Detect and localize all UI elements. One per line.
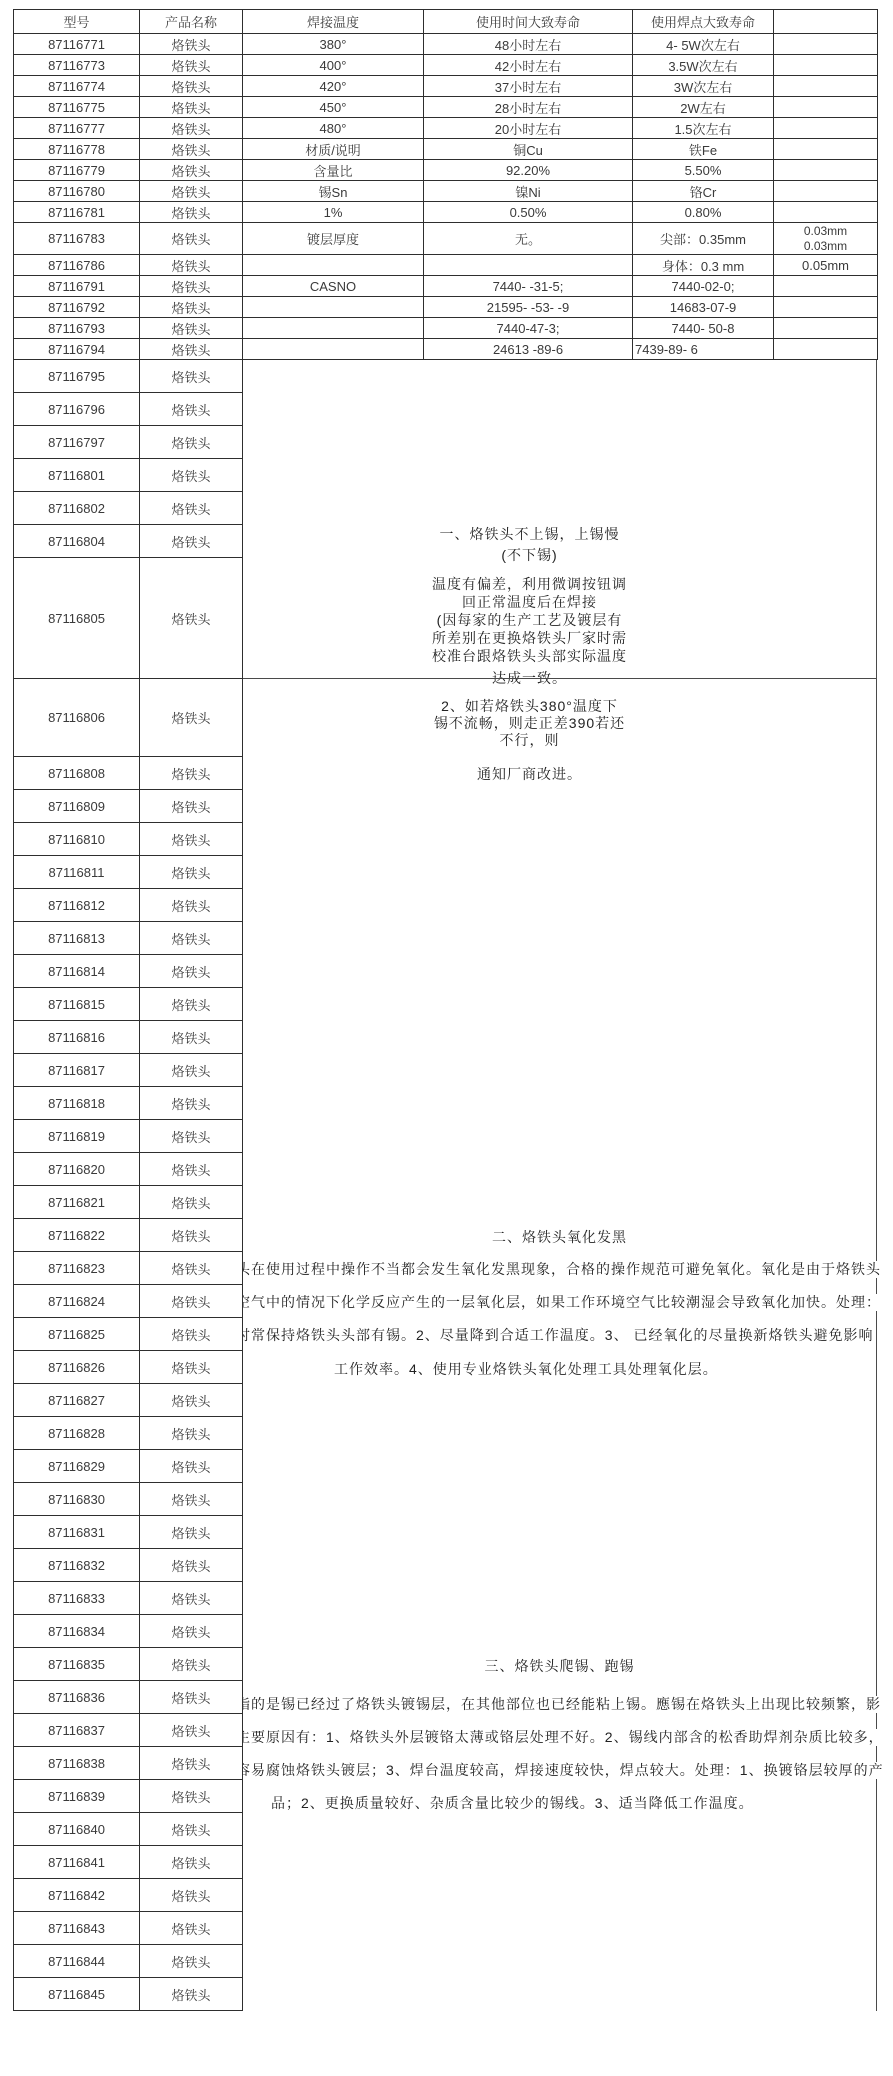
- section3-line: 主要原因有：1、烙铁头外层镀铬太薄或铬层处理不好。2、锡线内部含的松香助焊剂杂质…: [236, 1729, 884, 1746]
- table-row: 87116844烙铁头: [14, 1945, 243, 1978]
- spec-cell-line: 0.03mm: [776, 239, 875, 254]
- product-name-cell: 烙铁头: [140, 1384, 243, 1417]
- product-name-cell: 烙铁头: [140, 1450, 243, 1483]
- table-row: 87116842烙铁头: [14, 1879, 243, 1912]
- model-cell: 87116819: [14, 1120, 140, 1153]
- product-name-cell: 烙铁头: [140, 1945, 243, 1978]
- product-name-cell: 烙铁头: [140, 679, 243, 757]
- product-name-cell: 烙铁头: [140, 1615, 243, 1648]
- model-cell: 87116820: [14, 1153, 140, 1186]
- spec-cell: 48小时左右: [424, 34, 633, 55]
- model-cell: 87116837: [14, 1714, 140, 1747]
- table-row: 87116841烙铁头: [14, 1846, 243, 1879]
- spec-cell-line: 0.03mm: [776, 224, 875, 239]
- model-cell: 87116826: [14, 1351, 140, 1384]
- spec-cell: 材质/说明: [243, 139, 424, 160]
- table-row: 87116791烙铁头CASNO7440- -31-5;7440-02-0;: [14, 276, 878, 297]
- product-name-cell: 烙铁头: [140, 34, 243, 55]
- table-row: 87116845烙铁头: [14, 1978, 243, 2011]
- table-row: 87116777烙铁头480°20小时左右1.5次左右: [14, 118, 878, 139]
- table-row: 87116813烙铁头: [14, 922, 243, 955]
- model-cell: 87116832: [14, 1549, 140, 1582]
- table-row: 87116817烙铁头: [14, 1054, 243, 1087]
- table-row: 87116838烙铁头: [14, 1747, 243, 1780]
- table-row: 87116822烙铁头: [14, 1219, 243, 1252]
- model-cell: 87116791: [14, 276, 140, 297]
- product-name-cell: 烙铁头: [140, 823, 243, 856]
- spec-cell: 37小时左右: [424, 76, 633, 97]
- model-cell: 87116811: [14, 856, 140, 889]
- table-row: 87116837烙铁头: [14, 1714, 243, 1747]
- product-name-cell: 烙铁头: [140, 297, 243, 318]
- model-cell: 87116813: [14, 922, 140, 955]
- model-cell: 87116827: [14, 1384, 140, 1417]
- model-cell: 87116808: [14, 757, 140, 790]
- product-name-cell: 烙铁头: [140, 856, 243, 889]
- spec-cell: 铬Cr: [633, 181, 774, 202]
- section1-line: 不行，则: [242, 732, 817, 749]
- model-cell: 87116835: [14, 1648, 140, 1681]
- table-row: 87116843烙铁头: [14, 1912, 243, 1945]
- spec-cell: 92.20%: [424, 160, 633, 181]
- spec-cell: 20小时左右: [424, 118, 633, 139]
- model-cell: 87116777: [14, 118, 140, 139]
- product-name-cell: 烙铁头: [140, 1582, 243, 1615]
- spec-cell: 3W次左右: [633, 76, 774, 97]
- table-row: 87116820烙铁头: [14, 1153, 243, 1186]
- spec-cell: 含量比: [243, 160, 424, 181]
- product-name-cell: 烙铁头: [140, 393, 243, 426]
- spec-cell: [774, 181, 878, 202]
- model-cell: 87116796: [14, 393, 140, 426]
- model-cell: 87116836: [14, 1681, 140, 1714]
- section1-line: 2、如若烙铁头380°温度下: [242, 698, 817, 715]
- product-name-cell: 烙铁头: [140, 255, 243, 276]
- table-row: 87116806烙铁头: [14, 679, 243, 757]
- model-cell: 87116845: [14, 1978, 140, 2011]
- table-row: 87116839烙铁头: [14, 1780, 243, 1813]
- spec-cell: [774, 339, 878, 360]
- product-name-cell: 烙铁头: [140, 1252, 243, 1285]
- model-cell: 87116771: [14, 34, 140, 55]
- section1-line: (因每家的生产工艺及镀层有: [242, 612, 817, 629]
- section3-line: 指的是锡已经过了烙铁头镀锡层，在其他部位也已经能粘上锡。應锡在烙铁头上出现比较频…: [236, 1696, 881, 1713]
- table-row: 87116808烙铁头: [14, 757, 243, 790]
- spec-cell: [243, 255, 424, 276]
- model-cell: 87116839: [14, 1780, 140, 1813]
- product-name-cell: 烙铁头: [140, 55, 243, 76]
- spec-cell: [774, 34, 878, 55]
- product-name-cell: 烙铁头: [140, 1186, 243, 1219]
- spec-cell: 镍Ni: [424, 181, 633, 202]
- product-name-cell: 烙铁头: [140, 1780, 243, 1813]
- table-row: 87116778烙铁头材质/说明铜Cu铁Fe: [14, 139, 878, 160]
- spec-cell: 7440- 50-8: [633, 318, 774, 339]
- product-name-cell: 烙铁头: [140, 276, 243, 297]
- spec-cell: 380°: [243, 34, 424, 55]
- table-row: 87116818烙铁头: [14, 1087, 243, 1120]
- section2-line: 时常保持烙铁头头部有锡。2、尽量降到合适工作温度。3、 已经氧化的尽量换新烙铁头…: [236, 1327, 873, 1344]
- table-row: 87116781烙铁头1%0.50%0.80%: [14, 202, 878, 223]
- table-row: 87116816烙铁头: [14, 1021, 243, 1054]
- spec-cell: [774, 139, 878, 160]
- table-row: 87116828烙铁头: [14, 1417, 243, 1450]
- spec-cell: [774, 276, 878, 297]
- product-name-cell: 烙铁头: [140, 1054, 243, 1087]
- model-cell: 87116828: [14, 1417, 140, 1450]
- product-name-cell: 烙铁头: [140, 1087, 243, 1120]
- column-header: [774, 10, 878, 34]
- table-row: 87116831烙铁头: [14, 1516, 243, 1549]
- table-row: 87116840烙铁头: [14, 1813, 243, 1846]
- product-name-cell: 烙铁头: [140, 922, 243, 955]
- product-name-cell: 烙铁头: [140, 988, 243, 1021]
- table-row: 87116783烙铁头镀层厚度无。尖部：0.35mm0.03mm0.03mm: [14, 223, 878, 255]
- spec-cell: [774, 118, 878, 139]
- model-cell: 87116823: [14, 1252, 140, 1285]
- model-cell: 87116806: [14, 679, 140, 757]
- table-row: 87116826烙铁头: [14, 1351, 243, 1384]
- spec-cell: [774, 55, 878, 76]
- spec-cell: 锡Sn: [243, 181, 424, 202]
- spec-cell: 铁Fe: [633, 139, 774, 160]
- section1-line: 温度有偏差，利用微调按钮调: [242, 576, 817, 593]
- column-header: 型号: [14, 10, 140, 34]
- section1-line: 一、烙铁头不上锡，上锡慢: [242, 526, 817, 543]
- spec-cell: 450°: [243, 97, 424, 118]
- table-row: 87116775烙铁头450°28小时左右2W左右: [14, 97, 878, 118]
- table-row: 87116825烙铁头: [14, 1318, 243, 1351]
- product-name-cell: 烙铁头: [140, 360, 243, 393]
- model-cell: 87116838: [14, 1747, 140, 1780]
- section2-line: 头在使用过程中操作不当都会发生氧化发黑现象，合格的操作规范可避免氧化。氧化是由于…: [236, 1261, 881, 1278]
- section3-title: 三、烙铁头爬锡、跑锡: [242, 1658, 877, 1675]
- product-name-cell: 烙铁头: [140, 97, 243, 118]
- table-row: 87116794烙铁头24613 -89-67439-89- 6: [14, 339, 878, 360]
- spec-cell: 5.50%: [633, 160, 774, 181]
- model-cell: 87116822: [14, 1219, 140, 1252]
- spec-cell: 铜Cu: [424, 139, 633, 160]
- product-name-cell: 烙铁头: [140, 459, 243, 492]
- model-cell: 87116840: [14, 1813, 140, 1846]
- model-cell: 87116773: [14, 55, 140, 76]
- model-cell: 87116829: [14, 1450, 140, 1483]
- spec-cell: 3.5W次左右: [633, 55, 774, 76]
- section3-line: 容易腐蚀烙铁头镀层；3、焊台温度较高，焊接速度较快，焊点较大。处理：1、换镀铬层…: [236, 1762, 884, 1779]
- spec-cell: 0.05mm: [774, 255, 878, 276]
- product-name-cell: 烙铁头: [140, 139, 243, 160]
- table-row: 87116834烙铁头: [14, 1615, 243, 1648]
- spec-cell: 身体：0.3 mm: [633, 255, 774, 276]
- table-row: 87116810烙铁头: [14, 823, 243, 856]
- table-row: 87116805烙铁头: [14, 558, 243, 679]
- row-border-line: [242, 678, 877, 679]
- spec-cell: 7440-47-3;: [424, 318, 633, 339]
- product-name-cell: 烙铁头: [140, 790, 243, 823]
- spec-cell: 1%: [243, 202, 424, 223]
- table-row: 87116811烙铁头: [14, 856, 243, 889]
- spec-cell: 2W左右: [633, 97, 774, 118]
- spec-cell: 尖部：0.35mm: [633, 223, 774, 255]
- spec-cell: 21595- -53- -9: [424, 297, 633, 318]
- product-name-cell: 烙铁头: [140, 1846, 243, 1879]
- table-row: 87116792烙铁头21595- -53- -914683-07-9: [14, 297, 878, 318]
- product-name-cell: 烙铁头: [140, 525, 243, 558]
- table-row: 87116814烙铁头: [14, 955, 243, 988]
- model-cell: 87116794: [14, 339, 140, 360]
- table-row: 87116812烙铁头: [14, 889, 243, 922]
- header-row: 型号产品名称焊接温度使用时间大致寿命使用焊点大致寿命: [14, 10, 878, 34]
- product-name-cell: 烙铁头: [140, 1714, 243, 1747]
- product-name-cell: 烙铁头: [140, 1978, 243, 2011]
- model-cell: 87116843: [14, 1912, 140, 1945]
- table-row: 87116832烙铁头: [14, 1549, 243, 1582]
- section1-line: (不下锡): [242, 547, 817, 564]
- model-cell: 87116809: [14, 790, 140, 823]
- product-name-cell: 烙铁头: [140, 889, 243, 922]
- table-row: 87116771烙铁头380°48小时左右4- 5W次左右: [14, 34, 878, 55]
- section2-title: 二、烙铁头氧化发黑: [242, 1229, 877, 1246]
- model-cell: 87116842: [14, 1879, 140, 1912]
- section1-line: 回正常温度后在焊接: [242, 594, 817, 611]
- product-name-cell: 烙铁头: [140, 1483, 243, 1516]
- table-row: 87116804烙铁头: [14, 525, 243, 558]
- column-header: 产品名称: [140, 10, 243, 34]
- table-row: 87116815烙铁头: [14, 988, 243, 1021]
- table-row: 87116774烙铁头420°37小时左右3W次左右: [14, 76, 878, 97]
- table-row: 87116796烙铁头: [14, 393, 243, 426]
- section3-line: 品；2、更换质量较好、杂质含量比较少的锡线。3、适当降低工作温度。: [271, 1795, 754, 1812]
- column-header: 使用焊点大致寿命: [633, 10, 774, 34]
- model-cell: 87116833: [14, 1582, 140, 1615]
- product-name-cell: 烙铁头: [140, 757, 243, 790]
- product-name-cell: 烙铁头: [140, 1549, 243, 1582]
- spec-cell: [774, 160, 878, 181]
- product-name-cell: 烙铁头: [140, 1813, 243, 1846]
- spec-cell: 无。: [424, 223, 633, 255]
- table-row: 87116821烙铁头: [14, 1186, 243, 1219]
- table-row: 87116797烙铁头: [14, 426, 243, 459]
- model-cell: 87116783: [14, 223, 140, 255]
- spec-cell: 14683-07-9: [633, 297, 774, 318]
- spec-cell: 7440-02-0;: [633, 276, 774, 297]
- spec-cell: 42小时左右: [424, 55, 633, 76]
- product-name-cell: 烙铁头: [140, 1153, 243, 1186]
- product-name-cell: 烙铁头: [140, 492, 243, 525]
- product-name-cell: 烙铁头: [140, 160, 243, 181]
- product-name-cell: 烙铁头: [140, 558, 243, 679]
- table-row: 87116793烙铁头7440-47-3;7440- 50-8: [14, 318, 878, 339]
- spec-cell: 7439-89- 6: [633, 339, 774, 360]
- product-name-cell: 烙铁头: [140, 1219, 243, 1252]
- spec-cell: 0.80%: [633, 202, 774, 223]
- spec-sheet: 一、烙铁头不上锡，上锡慢(不下锡)温度有偏差，利用微调按钮调回正常温度后在焊接(…: [0, 0, 893, 2076]
- spec-cell: 480°: [243, 118, 424, 139]
- table-row: 87116835烙铁头: [14, 1648, 243, 1681]
- product-name-cell: 烙铁头: [140, 318, 243, 339]
- spec-cell: [774, 76, 878, 97]
- model-cell: 87116780: [14, 181, 140, 202]
- spec-cell: 0.03mm0.03mm: [774, 223, 878, 255]
- product-name-cell: 烙铁头: [140, 1879, 243, 1912]
- model-cell: 87116821: [14, 1186, 140, 1219]
- product-name-cell: 烙铁头: [140, 1285, 243, 1318]
- table-row: 87116809烙铁头: [14, 790, 243, 823]
- model-cell: 87116801: [14, 459, 140, 492]
- spec-cell: [243, 339, 424, 360]
- spec-table: 型号产品名称焊接温度使用时间大致寿命使用焊点大致寿命87116771烙铁头380…: [13, 9, 878, 360]
- product-name-cell: 烙铁头: [140, 202, 243, 223]
- model-cell: 87116815: [14, 988, 140, 1021]
- product-name-cell: 烙铁头: [140, 955, 243, 988]
- spec-cell: 400°: [243, 55, 424, 76]
- section1-line: 校准台跟烙铁头头部实际温度: [242, 648, 817, 665]
- spec-cell: [774, 318, 878, 339]
- product-name-cell: 烙铁头: [140, 1681, 243, 1714]
- spec-cell: [774, 297, 878, 318]
- model-cell: 87116810: [14, 823, 140, 856]
- product-name-cell: 烙铁头: [140, 76, 243, 97]
- model-cell: 87116841: [14, 1846, 140, 1879]
- product-name-cell: 烙铁头: [140, 1318, 243, 1351]
- spec-cell: 28小时左右: [424, 97, 633, 118]
- model-cell: 87116830: [14, 1483, 140, 1516]
- spec-cell: CASNO: [243, 276, 424, 297]
- model-cell: 87116844: [14, 1945, 140, 1978]
- model-cell: 87116779: [14, 160, 140, 181]
- spec-cell: 0.50%: [424, 202, 633, 223]
- spec-cell: [424, 255, 633, 276]
- model-cell: 87116795: [14, 360, 140, 393]
- spec-cell: [774, 97, 878, 118]
- model-cell: 87116824: [14, 1285, 140, 1318]
- table-row: 87116833烙铁头: [14, 1582, 243, 1615]
- model-cell: 87116817: [14, 1054, 140, 1087]
- spec-cell: [243, 318, 424, 339]
- table-row: 87116795烙铁头: [14, 360, 243, 393]
- table-row: 87116801烙铁头: [14, 459, 243, 492]
- section2-line: 空气中的情况下化学反应产生的一层氧化层，如果工作环境空气比较潮湿会导致氧化加快。…: [236, 1294, 881, 1311]
- model-cell: 87116778: [14, 139, 140, 160]
- spec-cell: 镀层厚度: [243, 223, 424, 255]
- product-name-cell: 烙铁头: [140, 223, 243, 255]
- model-cell: 87116805: [14, 558, 140, 679]
- spec-cell: [774, 202, 878, 223]
- spec-cell: 7440- -31-5;: [424, 276, 633, 297]
- table-row: 87116779烙铁头含量比92.20%5.50%: [14, 160, 878, 181]
- product-name-cell: 烙铁头: [140, 1648, 243, 1681]
- section1-line: 所差别在更换烙铁头厂家时需: [242, 630, 817, 647]
- model-cell: 87116775: [14, 97, 140, 118]
- column-header: 焊接温度: [243, 10, 424, 34]
- product-name-cell: 烙铁头: [140, 1747, 243, 1780]
- product-name-cell: 烙铁头: [140, 1516, 243, 1549]
- product-name-cell: 烙铁头: [140, 1912, 243, 1945]
- model-cell: 87116825: [14, 1318, 140, 1351]
- spec-cell: [243, 297, 424, 318]
- product-name-cell: 烙铁头: [140, 1120, 243, 1153]
- table-row: 87116827烙铁头: [14, 1384, 243, 1417]
- model-cell: 87116812: [14, 889, 140, 922]
- table-row: 87116780烙铁头锡Sn镍Ni铬Cr: [14, 181, 878, 202]
- table-row: 87116836烙铁头: [14, 1681, 243, 1714]
- model-list-table: 87116795烙铁头87116796烙铁头87116797烙铁头8711680…: [13, 359, 243, 2011]
- table-row: 87116819烙铁头: [14, 1120, 243, 1153]
- model-cell: 87116793: [14, 318, 140, 339]
- product-name-cell: 烙铁头: [140, 1021, 243, 1054]
- section1-line: 锡不流畅，则走正差390若还: [242, 715, 817, 732]
- table-row: 87116786烙铁头身体：0.3 mm0.05mm: [14, 255, 878, 276]
- model-cell: 87116814: [14, 955, 140, 988]
- model-cell: 87116831: [14, 1516, 140, 1549]
- model-cell: 87116792: [14, 297, 140, 318]
- model-cell: 87116818: [14, 1087, 140, 1120]
- product-name-cell: 烙铁头: [140, 1417, 243, 1450]
- model-cell: 87116786: [14, 255, 140, 276]
- table-row: 87116823烙铁头: [14, 1252, 243, 1285]
- model-cell: 87116781: [14, 202, 140, 223]
- product-name-cell: 烙铁头: [140, 426, 243, 459]
- model-cell: 87116797: [14, 426, 140, 459]
- section2-line: 工作效率。4、使用专业烙铁头氧化处理工具处理氧化层。: [334, 1361, 718, 1378]
- model-cell: 87116804: [14, 525, 140, 558]
- model-cell: 87116834: [14, 1615, 140, 1648]
- model-cell: 87116774: [14, 76, 140, 97]
- product-name-cell: 烙铁头: [140, 118, 243, 139]
- product-name-cell: 烙铁头: [140, 339, 243, 360]
- spec-cell: 4- 5W次左右: [633, 34, 774, 55]
- spec-cell: 24613 -89-6: [424, 339, 633, 360]
- model-cell: 87116816: [14, 1021, 140, 1054]
- product-name-cell: 烙铁头: [140, 181, 243, 202]
- model-cell: 87116802: [14, 492, 140, 525]
- table-row: 87116824烙铁头: [14, 1285, 243, 1318]
- table-row: 87116830烙铁头: [14, 1483, 243, 1516]
- table-row: 87116829烙铁头: [14, 1450, 243, 1483]
- spec-cell: 420°: [243, 76, 424, 97]
- table-row: 87116802烙铁头: [14, 492, 243, 525]
- table-row: 87116773烙铁头400°42小时左右3.5W次左右: [14, 55, 878, 76]
- column-header: 使用时间大致寿命: [424, 10, 633, 34]
- spec-cell: 1.5次左右: [633, 118, 774, 139]
- section1-line: 通知厂商改进。: [242, 766, 817, 783]
- product-name-cell: 烙铁头: [140, 1351, 243, 1384]
